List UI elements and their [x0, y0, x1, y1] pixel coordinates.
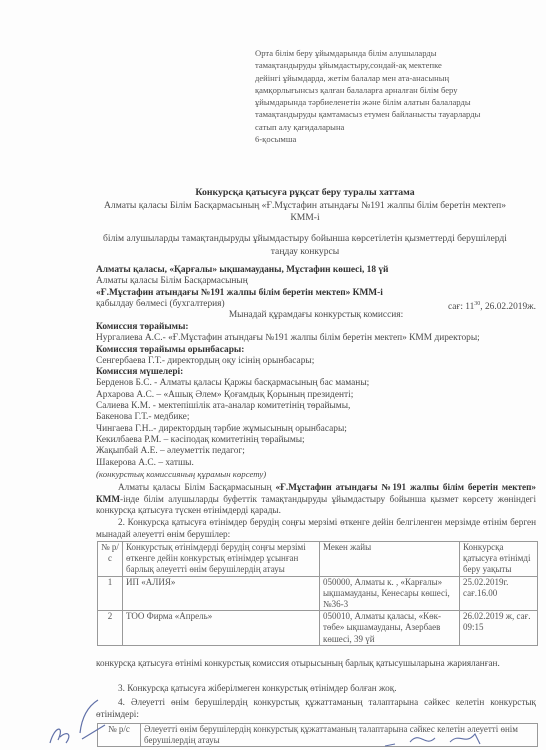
org-name: «Ғ.Мұстафин атындағы №191 жалпы білім бе…: [96, 288, 536, 299]
cell-number: 1: [98, 576, 123, 611]
header-cell: Конкурсқа қатысуға өтінімді беру уақыты: [460, 542, 538, 577]
member: Чингаева Г.Н..- директордың тәрбие жұмыс…: [96, 424, 536, 435]
subtitle-line: КММ-і: [80, 212, 530, 224]
member: Жақыпбай А.Е. – әлеуметтік педагог;: [96, 446, 536, 457]
annex-line: қамқорлығынсыз қалған балаларға арналған…: [255, 84, 515, 96]
member: Берденов Б.С. - Алматы қаласы Қаржы басқ…: [96, 378, 536, 389]
cell-time: 25.02.2019г. сағ.16.00: [460, 576, 538, 611]
cell-address: 050000, Алматы к. , «Карғалы» ықшамаудан…: [320, 576, 460, 611]
annex-line: тамақтандыруды қамтамасыз етумен байланы…: [255, 108, 515, 120]
deputy: Сенгербаева Г.Т.- директордың оқу ісінің…: [96, 356, 536, 367]
annex-number: 6-қосымша: [255, 133, 515, 145]
commission-intro: Мынадай құрамдағы конкурстық комиссия:: [96, 310, 536, 321]
commission-note: (конкурстық комиссияның құрамын көрсету): [96, 469, 536, 480]
paragraph-4: 4. Әлеуетті өнім берушілердің конкурстық…: [96, 697, 536, 720]
member: Кекилбаева Р.М. – кәсіподақ комитетінің …: [96, 435, 536, 446]
address: Алматы қаласы, «Қарғалы» ықшамауданы, Мұ…: [96, 265, 536, 276]
header-cell: Конкурстық өтінімдерді берудің соңғы мер…: [123, 542, 320, 577]
cell-supplier: ИП «АЛИЯ»: [123, 576, 320, 611]
cell-supplier: ТОО Фирма «Апрель»: [123, 611, 320, 646]
cell-time: 26.02.2019 ж, сағ. 09:15: [460, 611, 538, 646]
cell-number: 2: [98, 611, 123, 646]
cell-address: 050010, Алматы қаласы, «Көк-төбе» ықшама…: [320, 611, 460, 646]
member: Шакерова А.С. – хатшы.: [96, 458, 536, 469]
member: Бакенова Г.Т.- медбике;: [96, 412, 536, 423]
org-line: Алматы қаласы Білім Басқармасының: [96, 276, 536, 287]
annex-line: дейінгі ұйымдарда, жетім балалар мен ата…: [255, 72, 515, 84]
document-page: Орта білім беру ұйымдарында білім алушыл…: [0, 0, 546, 750]
subject-line: білім алушыларды тамақтандыруды ұйымдаст…: [80, 232, 530, 245]
document-title: Конкурсқа қатысуға рұқсат беру туралы ха…: [80, 187, 530, 198]
paragraph-1: Алматы қаласы Білім Басқармасының «Ғ.Мұс…: [96, 482, 536, 517]
chair: Нургалиева А.С.- «Ғ.Мұстафин атындағы №1…: [96, 333, 536, 344]
members-label: Комиссия мүшелері:: [96, 367, 536, 378]
applicants-table: № р/с Конкурстық өтінімдерді берудің соң…: [97, 541, 538, 646]
annex-line: сатып алу қағидаларына: [255, 121, 515, 133]
paragraph-after-table: конкурсқа қатысуға өтінімі конкурстық ко…: [96, 658, 536, 670]
header-cell: № р/с: [98, 542, 123, 577]
deputy-label: Комиссия төрайымы орынбасары:: [96, 345, 536, 356]
annex-note: Орта білім беру ұйымдарында білім алушыл…: [255, 47, 515, 145]
paragraph-3: 3. Конкурсқа қатысуға жіберілмеген конку…: [96, 683, 536, 695]
subtitle-line: Алматы қаласы Білім Басқармасының «Ғ.Мұс…: [80, 200, 530, 212]
signature-left-icon: [20, 695, 110, 750]
annex-line: тамақтандыруды ұйымдастыру,сондай-ақ мек…: [255, 59, 515, 71]
member: Салиева К.М. - мектепішілік ата-аналар к…: [96, 401, 536, 412]
annex-line: Орта білім беру ұйымдарында білім алушыл…: [255, 47, 515, 59]
chair-label: Комиссия төрайымы:: [96, 322, 536, 333]
contest-subject: білім алушыларды тамақтандыруды ұйымдаст…: [80, 232, 530, 258]
member: Архарова А.С. – «Ашық Әлем» Қоғамдық Қор…: [96, 390, 536, 401]
signature-bottom-icon: [380, 728, 500, 750]
document-subtitle: Алматы қаласы Білім Басқармасының «Ғ.Мұс…: [80, 200, 530, 224]
table-row: 1 ИП «АЛИЯ» 050000, Алматы к. , «Карғалы…: [98, 576, 538, 611]
meeting-place: Алматы қаласы, «Қарғалы» ықшамауданы, Мұ…: [96, 265, 536, 313]
header-cell: Мекен жайы: [320, 542, 460, 577]
table-row: 2 ТОО Фирма «Апрель» 050010, Алматы қала…: [98, 611, 538, 646]
annex-line: ұйымдарында тәрбиеленетін және білім ала…: [255, 96, 515, 108]
subject-line: таңдау конкурсы: [80, 245, 530, 258]
table-header-row: № р/с Конкурстық өтінімдерді берудің соң…: [98, 542, 538, 577]
paragraph-2: 2. Конкурсқа қатысуға өтінімдер берудің …: [96, 517, 536, 540]
commission-list: Комиссия төрайымы: Нургалиева А.С.- «Ғ.М…: [96, 322, 536, 480]
